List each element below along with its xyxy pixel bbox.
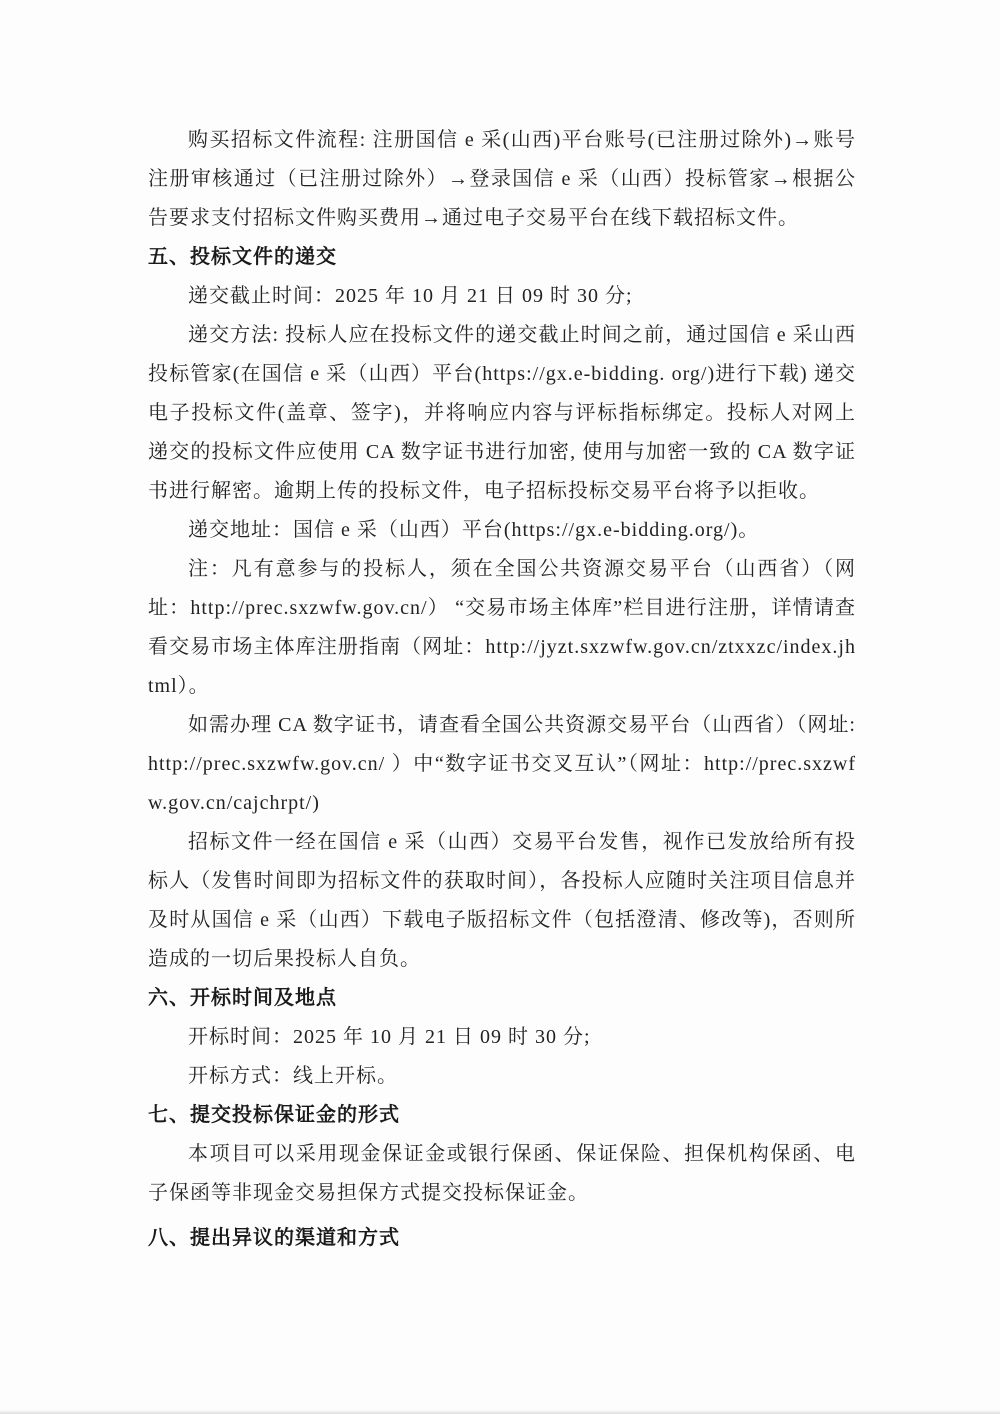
document-page: 购买招标文件流程: 注册国信 e 采(山西)平台账号(已注册过除外)→账号注册审… bbox=[0, 0, 1000, 1414]
section-heading-5-bid-submission: 五、投标文件的递交 bbox=[148, 238, 856, 277]
paragraph-document-release-note: 招标文件一经在国信 e 采（山西）交易平台发售，视作已发放给所有投标人（发售时间… bbox=[148, 823, 856, 979]
paragraph-submission-deadline: 递交截止时间：2025 年 10 月 21 日 09 时 30 分; bbox=[148, 277, 856, 316]
paragraph-bid-security-forms: 本项目可以采用现金保证金或银行保函、保证保险、担保机构保函、电子保函等非现金交易… bbox=[148, 1135, 856, 1213]
paragraph-submission-method: 递交方法: 投标人应在投标文件的递交截止时间之前，通过国信 e 采山西投标管家(… bbox=[148, 316, 856, 511]
paragraph-opening-time: 开标时间：2025 年 10 月 21 日 09 时 30 分; bbox=[148, 1018, 856, 1057]
section-heading-6-bid-opening: 六、开标时间及地点 bbox=[148, 979, 856, 1018]
paragraph-opening-method: 开标方式：线上开标。 bbox=[148, 1057, 856, 1096]
document-body: 购买招标文件流程: 注册国信 e 采(山西)平台账号(已注册过除外)→账号注册审… bbox=[148, 121, 856, 1258]
paragraph-purchase-process: 购买招标文件流程: 注册国信 e 采(山西)平台账号(已注册过除外)→账号注册审… bbox=[148, 121, 856, 238]
section-heading-7-bid-security: 七、提交投标保证金的形式 bbox=[148, 1096, 856, 1135]
paragraph-submission-address: 递交地址：国信 e 采（山西）平台(https://gx.e-bidding.o… bbox=[148, 511, 856, 550]
paragraph-registration-note: 注：凡有意参与的投标人，须在全国公共资源交易平台（山西省）（网址：http://… bbox=[148, 550, 856, 706]
section-heading-8-objection-channels: 八、提出异议的渠道和方式 bbox=[148, 1219, 856, 1258]
paragraph-ca-certificate-note: 如需办理 CA 数字证书，请查看全国公共资源交易平台（山西省）（网址: http… bbox=[148, 706, 856, 823]
